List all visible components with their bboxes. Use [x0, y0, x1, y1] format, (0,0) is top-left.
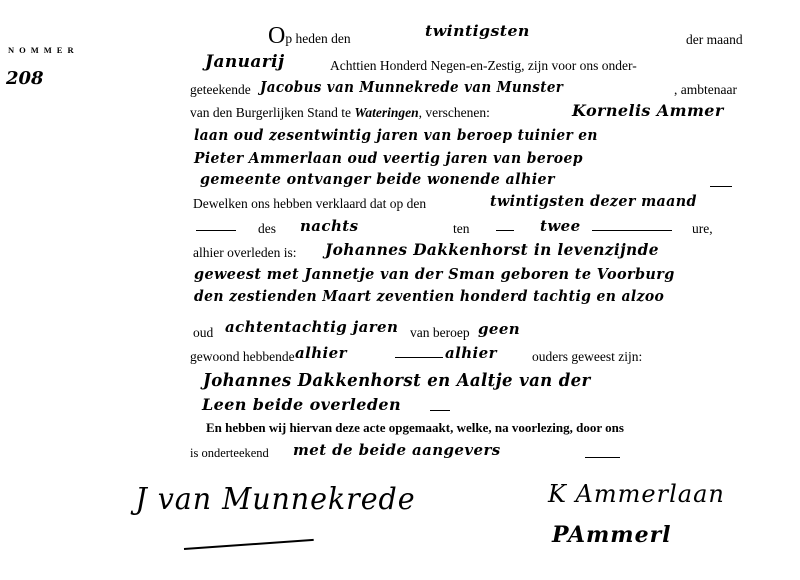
printed-der-maand: der maand: [686, 33, 743, 47]
handwritten-residence: alhier: [295, 346, 347, 361]
signature-flourish: [184, 539, 314, 550]
fill-line: [585, 457, 620, 458]
printed-line-9: alhier overleden is:: [193, 246, 296, 260]
handwritten-official: Jacobus van Munnekrede van Munster: [260, 80, 563, 95]
handwritten-residence-b: alhier: [445, 346, 497, 361]
printed-line-16: En hebben wij hiervan deze acte opgemaak…: [206, 421, 624, 434]
handwritten-deceased-b: geweest met Jannetje van der Sman gebore…: [194, 267, 675, 282]
fill-line: [430, 410, 450, 411]
printed-text: p heden den: [285, 31, 350, 46]
printed-ten: ten: [453, 222, 470, 236]
printed-line-4: van den Burgerlijken Stand te Wateringen…: [190, 106, 490, 120]
printed-onderteekend: is onderteekend: [190, 447, 269, 460]
handwritten-closing: met de beide aangevers: [293, 443, 501, 458]
municipality-name: Wateringen: [354, 105, 418, 120]
printed-gewoond-hebbende: gewoond hebbende: [190, 350, 295, 364]
number-label: NOMMER: [8, 45, 79, 55]
printed-des: des: [258, 222, 276, 236]
drop-cap: O: [268, 23, 285, 49]
handwritten-deceased-c: den zestienden Maart zeventien honderd t…: [194, 289, 664, 304]
fill-line: [710, 186, 732, 187]
printed-ouders-geweest: ouders geweest zijn:: [532, 350, 642, 364]
fill-line: [196, 230, 236, 231]
signature-official: J van Munnekrede: [135, 482, 415, 517]
handwritten-time-of-day: nachts: [300, 219, 358, 234]
handwritten-parents-a: Johannes Dakkenhorst en Aaltje van der: [203, 372, 591, 390]
handwritten-age: achtentachtig jaren: [225, 320, 398, 335]
handwritten-declarant-1-a: Kornelis Ammer: [572, 103, 724, 119]
handwritten-day: twintigsten: [425, 24, 530, 39]
printed-geteekende: geteekende: [190, 83, 251, 97]
handwritten-occupation: geen: [478, 322, 520, 337]
printed-text: , verschenen:: [419, 105, 490, 120]
handwritten-month: Januarij: [205, 54, 285, 71]
handwritten-parents-b: Leen beide overleden: [202, 397, 401, 413]
handwritten-deceased-a: Johannes Dakkenhorst in levenzijnde: [325, 242, 659, 258]
handwritten-declarant-1-b: laan oud zesentwintig jaren van beroep t…: [194, 128, 598, 143]
printed-text: van den Burgerlijken Stand te: [190, 105, 351, 120]
handwritten-death-day: twintigsten dezer maand: [490, 194, 697, 209]
printed-ambtenaar: , ambtenaar: [674, 83, 737, 97]
printed-van-beroep: van beroep: [410, 326, 470, 340]
printed-line-1: Op heden den: [268, 24, 351, 48]
handwritten-declarant-2-b: gemeente ontvanger beide wonende alhier: [200, 172, 555, 187]
printed-line-7: Dewelken ons hebben verklaard dat op den: [193, 197, 426, 211]
handwritten-hour: twee: [540, 219, 581, 234]
fill-line: [592, 230, 672, 231]
printed-oud: oud: [193, 326, 213, 340]
signature-declarant-1: K Ammerlaan: [548, 480, 725, 508]
handwritten-declarant-2-a: Pieter Ammerlaan oud veertig jaren van b…: [194, 151, 583, 166]
certificate-number: 208: [6, 68, 44, 89]
fill-line: [496, 230, 514, 231]
signature-declarant-2: PAmmerl: [552, 522, 672, 548]
death-certificate-page: NOMMER 208 Op heden den twintigsten der …: [0, 0, 800, 580]
fill-line: [395, 357, 443, 358]
printed-line-2: Achttien Honderd Negen-en-Zestig, zijn v…: [330, 59, 637, 73]
printed-ure: ure,: [692, 222, 713, 236]
